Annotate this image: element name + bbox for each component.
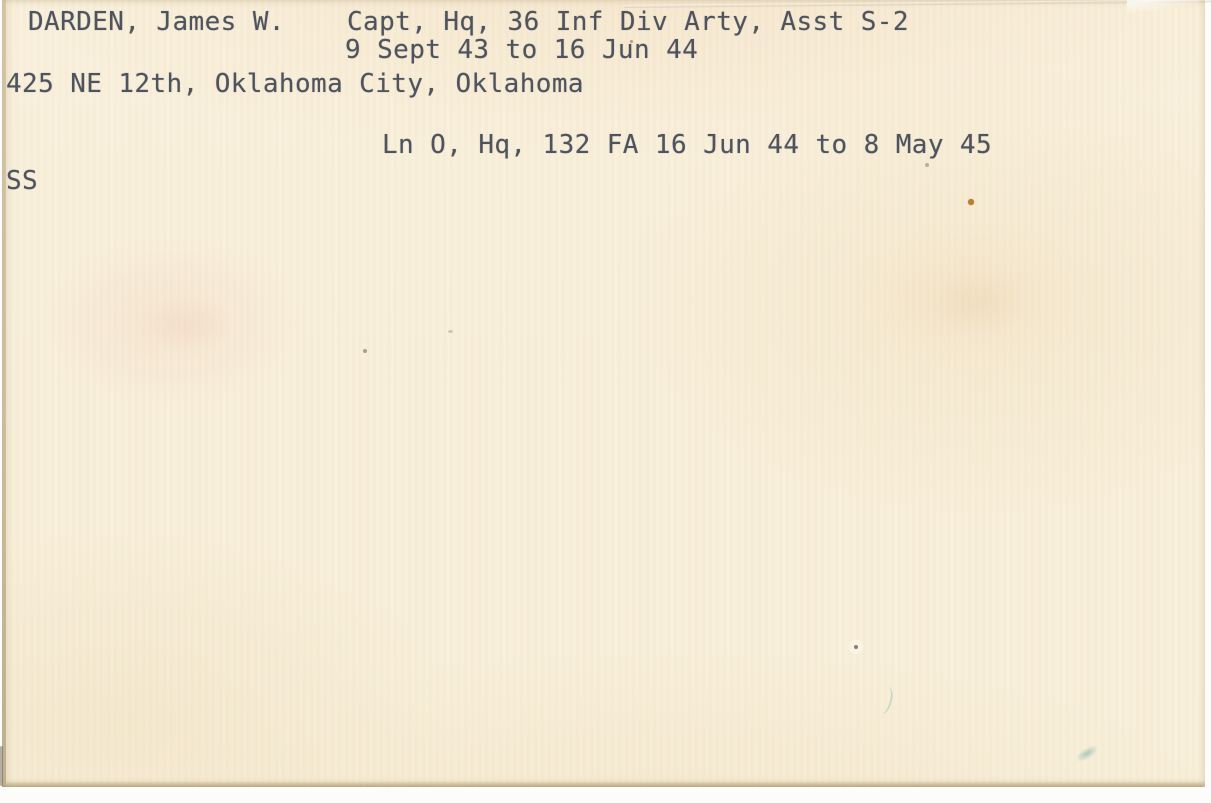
ink-smudge-teal — [875, 685, 895, 716]
card-name-text: DARDEN, James W. — [28, 8, 285, 36]
index-card: DARDEN, James W. Capt, Hq, 36 Inf Div Ar… — [2, 0, 1205, 787]
scanned-document: DARDEN, James W. Capt, Hq, 36 Inf Div Ar… — [0, 0, 1211, 803]
scan-artifact — [0, 746, 3, 786]
card-rank-unit-text: Capt, Hq, 36 Inf Div Arty, Asst S-2 — [347, 8, 909, 36]
card-address-text: 425 NE 12th, Oklahoma City, Oklahoma — [6, 70, 584, 98]
paper-crease — [624, 0, 1211, 8]
paper-speck — [630, 40, 633, 43]
paper-speck — [363, 349, 367, 353]
card-left-edge — [2, 0, 6, 787]
paper-stain — [917, 262, 1037, 342]
paper-speck — [925, 163, 929, 167]
card-bottom-edge — [2, 781, 1205, 787]
card-second-assignment-text: Ln O, Hq, 132 FA 16 Jun 44 to 8 May 45 — [382, 131, 992, 159]
card-award-text: SS — [6, 167, 38, 195]
ink-smudge-teal — [1071, 740, 1103, 767]
card-service-dates-text: 9 Sept 43 to 16 Jun 44 — [345, 36, 698, 64]
ink-speck-orange — [968, 199, 974, 205]
paper-stain — [132, 290, 242, 360]
card-corner-fold — [1127, 0, 1199, 15]
paper-speck — [854, 645, 858, 649]
paper-speck — [448, 330, 453, 333]
